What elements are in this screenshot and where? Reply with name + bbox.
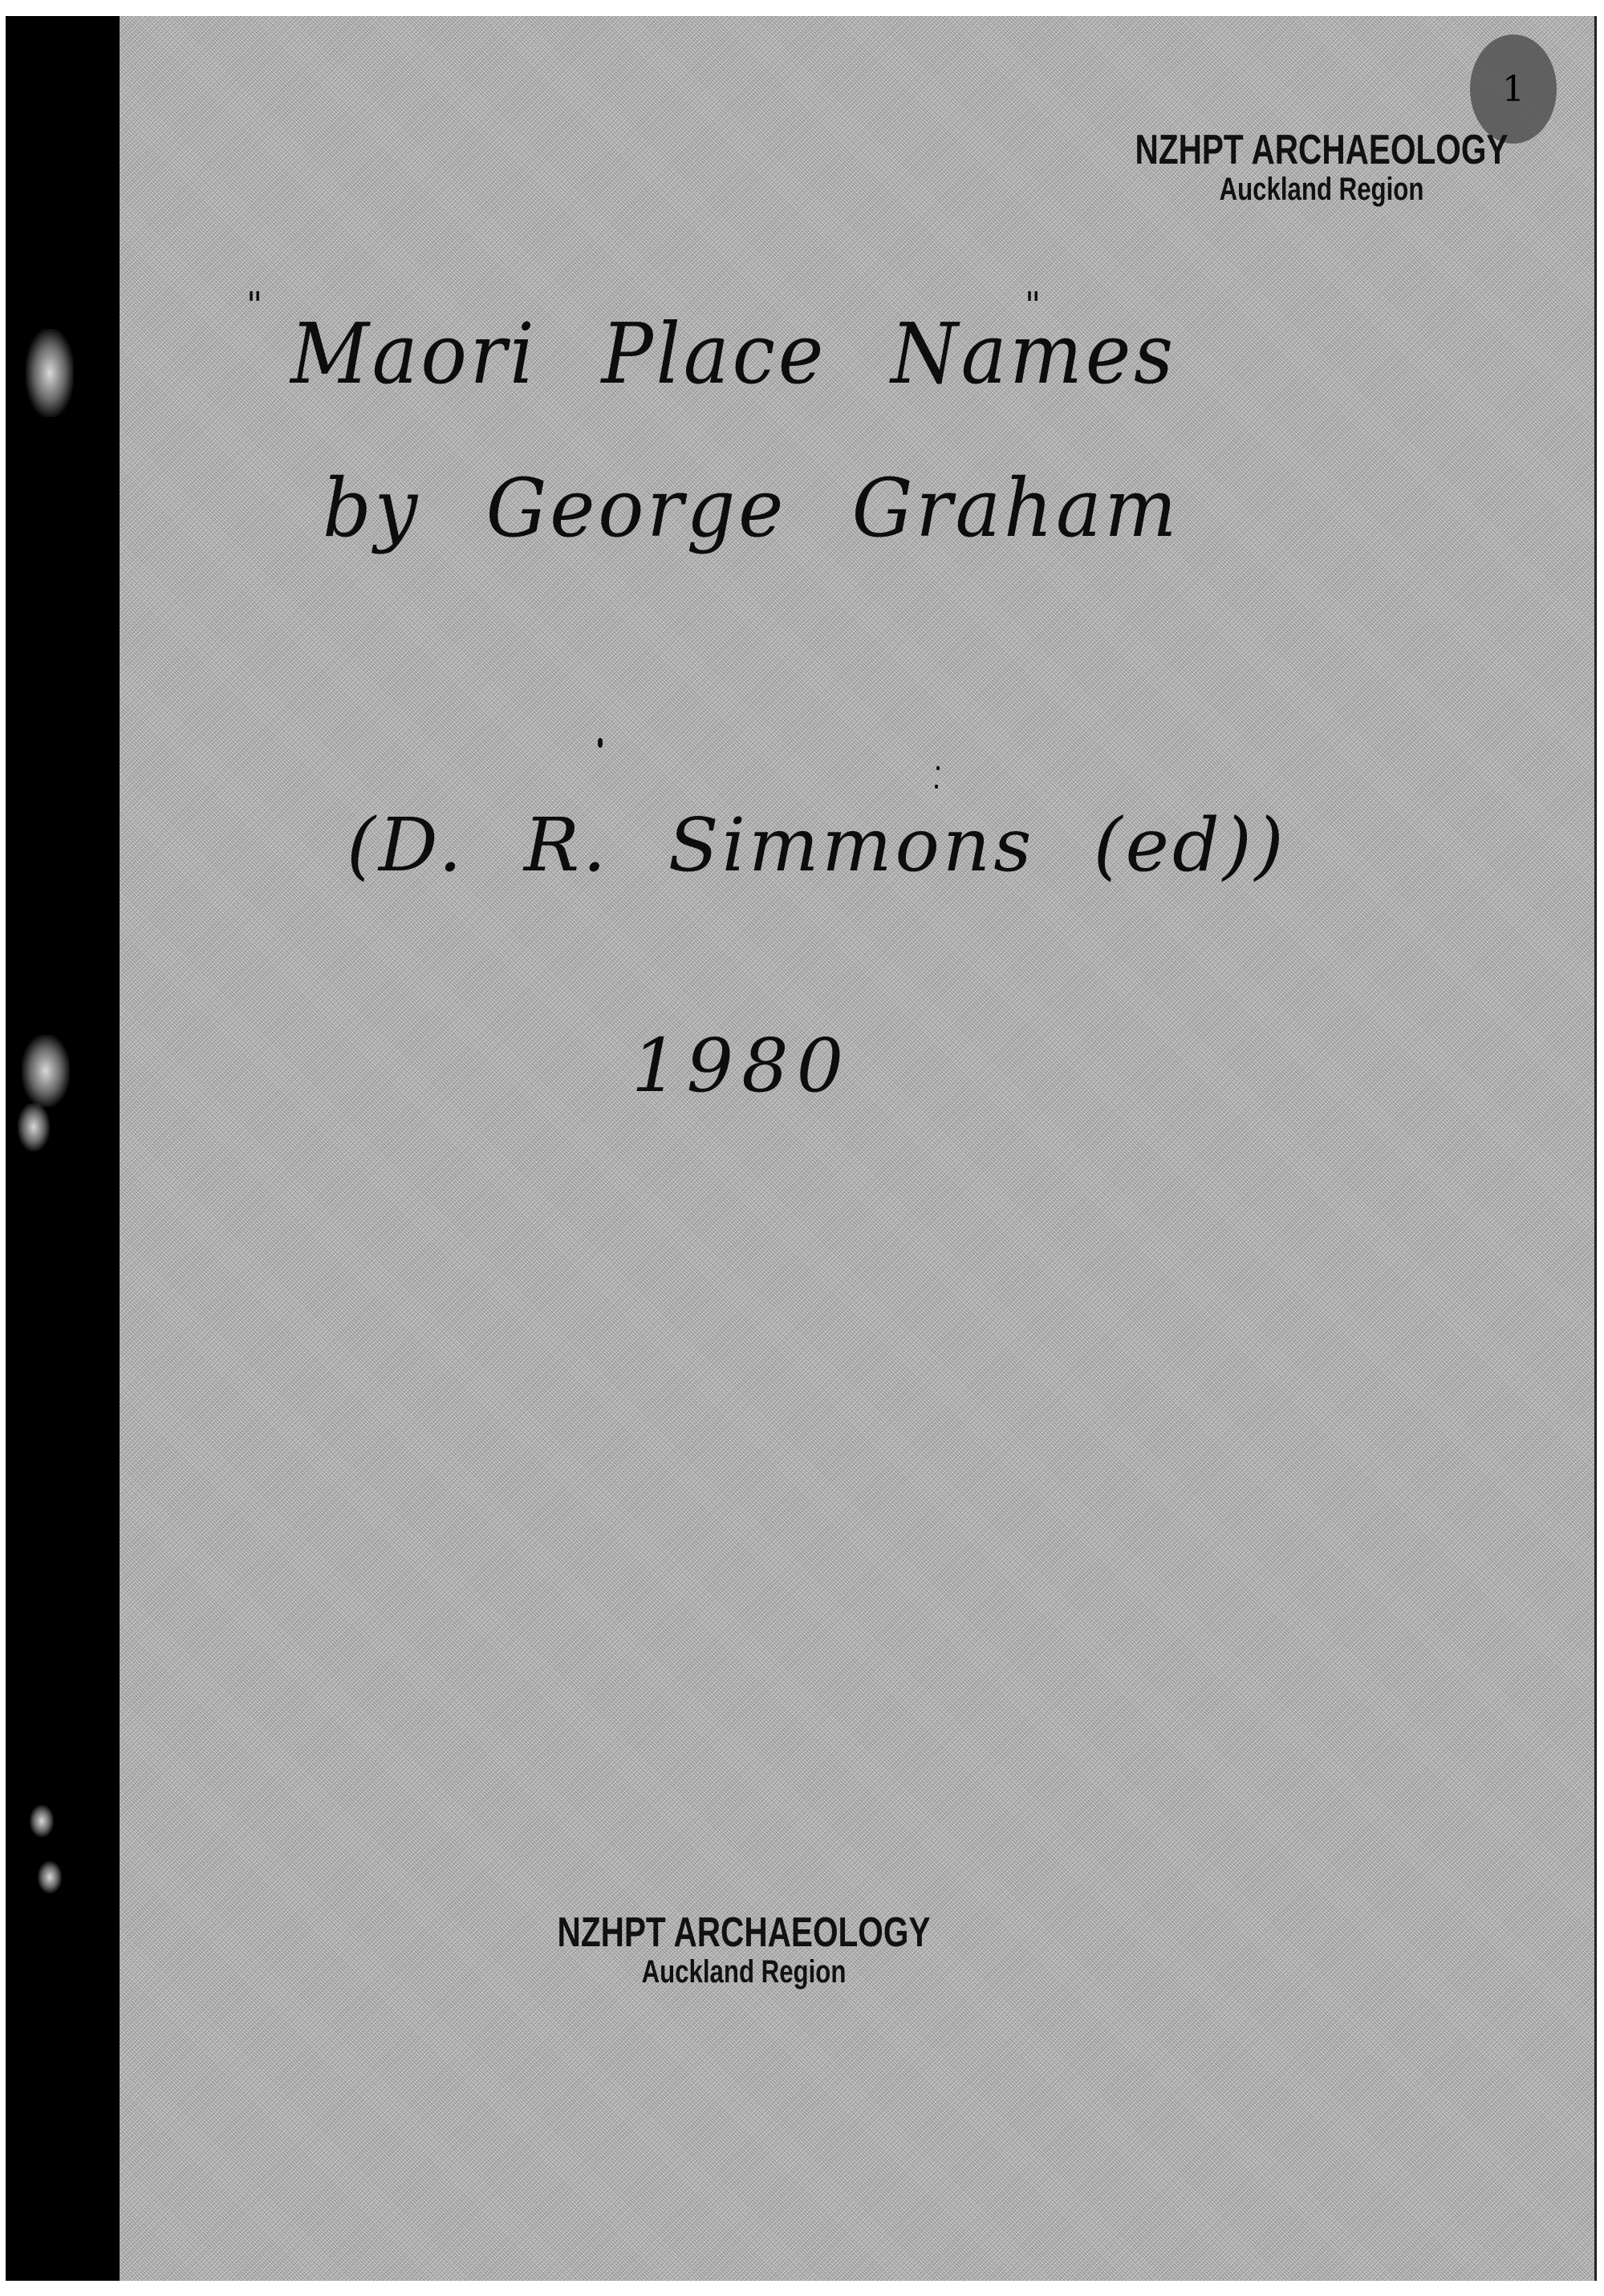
handwritten-year: 1980: [631, 1023, 851, 1109]
spine-scuff-mark: [18, 1103, 50, 1151]
handwritten-byline: by George Graham: [323, 461, 1180, 555]
stamp-region: Auckland Region: [1096, 172, 1547, 206]
scanned-cover-page: 1 NZHPT ARCHAEOLOGY Auckland Region " " …: [6, 16, 1597, 2281]
stamp-region: Auckland Region: [518, 1955, 969, 1989]
archive-stamp-bottom: NZHPT ARCHAEOLOGY Auckland Region: [518, 1911, 969, 1989]
stamp-organization: NZHPT ARCHAEOLOGY: [518, 1911, 969, 1955]
page-number: 1: [1502, 69, 1525, 110]
handwritten-editor: (D. R. Simmons (ed)): [347, 802, 1287, 888]
archive-stamp-top: NZHPT ARCHAEOLOGY Auckland Region: [1096, 128, 1547, 206]
spine-scuff-mark: [38, 1861, 62, 1893]
spine-scuff-mark: [30, 1805, 54, 1837]
ink-speck: [936, 766, 940, 770]
black-binding-spine: [6, 16, 120, 2281]
stamp-organization: NZHPT ARCHAEOLOGY: [1096, 128, 1547, 172]
handwritten-open-quote: ": [246, 285, 266, 326]
spine-scuff-mark: [22, 1035, 70, 1107]
ink-speck: [598, 738, 603, 748]
ink-speck: [935, 785, 938, 789]
handwritten-title: Maori Place Names: [290, 305, 1176, 403]
spine-scuff-mark: [26, 329, 74, 417]
page-right-edge: [1594, 16, 1597, 2281]
